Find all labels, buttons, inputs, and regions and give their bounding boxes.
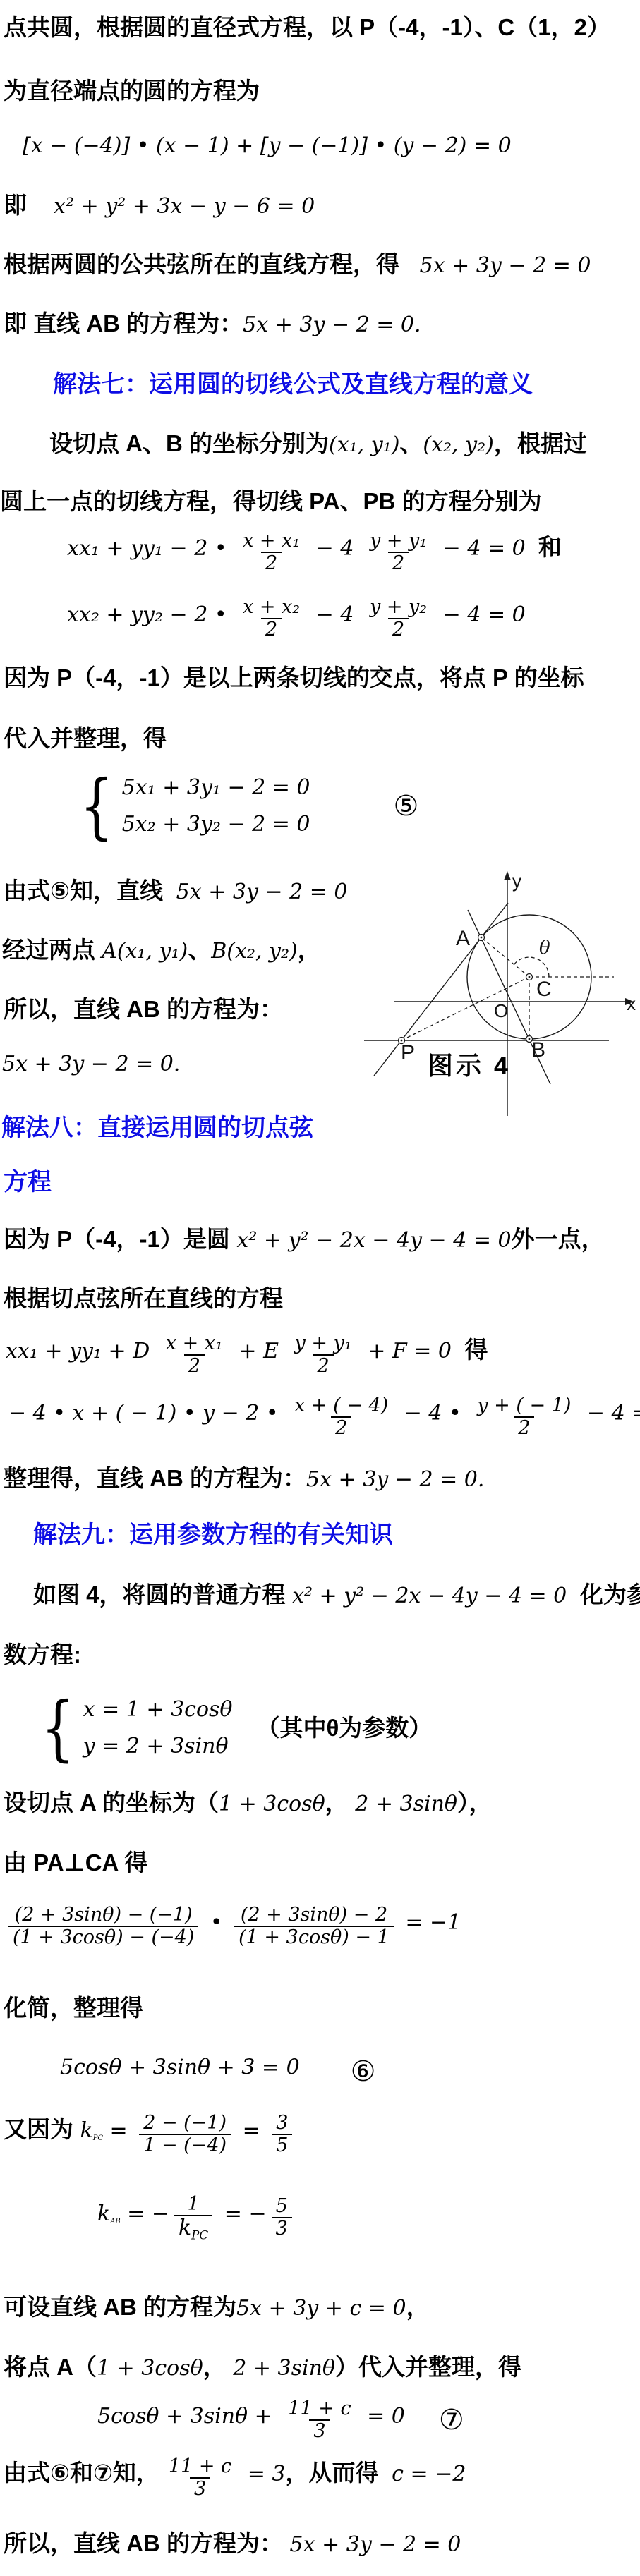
para-point-a-coords: 设切点 A 的坐标为（1 + 3cosθ， 2 + 3sinθ）， bbox=[4, 1788, 492, 1818]
formula-slope-product: (2 + 3sinθ) − (−1)(1 + 3cosθ) − (−4) • (… bbox=[4, 1904, 461, 1948]
para-solve-c: 由式⑥和⑦知，11 + c3 = 3，从而得 c = −2 bbox=[4, 2456, 466, 2500]
para-pa-perp-ca: 由 PA⊥CA 得 bbox=[4, 1848, 147, 1877]
formula-ab-result-2: 5x + 3y − 2 = 0. bbox=[2, 1051, 180, 1078]
system-row-2: y = 2 + 3sinθ bbox=[83, 1733, 233, 1760]
system-brace: { bbox=[41, 1698, 75, 1758]
para-substitute: 代入并整理，得 bbox=[4, 724, 167, 753]
para-concyclic-intro: 点共圆，根据圆的直径式方程，以 P（-4，-1）、C（1，2） bbox=[4, 13, 610, 42]
heading-method-8-cont: 方程 bbox=[4, 1167, 52, 1198]
point-markers bbox=[399, 935, 533, 1044]
para-assume-line-ab: 可设直线 AB 的方程为5x + 3y + c = 0， bbox=[4, 2292, 430, 2322]
tangent-line-pa bbox=[374, 903, 508, 1076]
formula-diameter-equation: [x − (−4)] • (x − 1) + [y − (−1)] • (y −… bbox=[23, 133, 512, 159]
para-tangent-line-intro: 圆上一点的切线方程，得切线 PA、PB 的方程分别为 bbox=[0, 487, 542, 516]
formula-tangent-pb: xx₂ + yy₂ − 2 • x + x₂2 − 4 y + y₂2 − 4 … bbox=[67, 597, 526, 640]
para-line-ab-result-3: 整理得，直线 AB 的方程为：5x + 3y − 2 = 0. bbox=[4, 1464, 484, 1493]
formula-equation-6: 5cosθ + 3sinθ + 3 = 0⑥ bbox=[60, 2054, 376, 2089]
point-p-label: P bbox=[401, 1041, 415, 1064]
para-substitute-a: 将点 A（1 + 3cosθ， 2 + 3sinθ）代入并整理，得 bbox=[4, 2352, 521, 2382]
para-through-points: 经过两点 A(x₁, y₁)、B(x₂, y₂)， bbox=[2, 935, 321, 965]
para-p-outside-circle: 因为 P（-4，-1）是圆 x² + y² − 2x − 4y − 4 = 0外… bbox=[4, 1225, 605, 1254]
point-b-label: B bbox=[531, 1038, 545, 1062]
point-marker-a bbox=[478, 935, 485, 941]
system-row-1: x = 1 + 3cosθ bbox=[83, 1696, 233, 1723]
point-marker-c bbox=[526, 974, 533, 980]
formula-equation-7: 5cosθ + 3sinθ + 11 + c3 = 0⑦ bbox=[97, 2398, 464, 2442]
heading-method-9: 解法九：运用参数方程的有关知识 bbox=[33, 1520, 393, 1550]
formula-chord-substituted: − 4 • x + ( − 1) • y − 2 • x + ( − 4)2 −… bbox=[8, 1395, 640, 1439]
x-axis-label: x bbox=[627, 993, 636, 1014]
para-common-chord: 根据两圆的公共弦所在的直线方程，得 5x + 3y − 2 = 0 bbox=[4, 250, 591, 279]
formula-circle-expanded: 即 x² + y² + 3x − y − 6 = 0 bbox=[4, 190, 315, 220]
para-line-ab-result-1: 即 直线 AB 的方程为：5x + 3y − 2 = 0. bbox=[4, 309, 421, 339]
theta-label: θ bbox=[539, 937, 550, 959]
para-parametric-cont: 数方程: bbox=[4, 1640, 81, 1669]
figure-4-diagram: y x O A C B P θ 图示 4 bbox=[344, 868, 639, 1127]
para-tangent-points-setup: 设切点 A、B 的坐标分别为(x₁, y₁)、(x₂, y₂)，根据过 bbox=[49, 429, 587, 458]
parameter-note: （其中θ为参数） bbox=[256, 1713, 432, 1742]
formula-tangent-pa: xx₁ + yy₁ − 2 • x + x₁2 − 4 y + y₁2 − 4 … bbox=[67, 530, 562, 574]
y-axis-arrow-icon bbox=[504, 871, 511, 880]
parametric-equation-system: { x = 1 + 3cosθ y = 2 + 3sinθ （其中θ为参数） bbox=[35, 1696, 432, 1759]
system-brace: { bbox=[80, 776, 114, 836]
para-diameter-endpoints: 为直径端点的圆的方程为 bbox=[4, 76, 260, 105]
segment-pc-dashed bbox=[401, 977, 529, 1040]
point-a-label: A bbox=[456, 927, 470, 950]
math-document-page: 点共圆，根据圆的直径式方程，以 P（-4，-1）、C（1，2） 为直径端点的圆的… bbox=[0, 0, 640, 2576]
para-simplify: 化简，整理得 bbox=[4, 1993, 143, 2022]
figure-caption: 图示 4 bbox=[428, 1051, 511, 1080]
formula-chord-general: xx₁ + yy₁ + D x + x₁2 + E y + y₁2 + F = … bbox=[6, 1333, 488, 1377]
para-final-result: 所以，直线 AB 的方程为： 5x + 3y − 2 = 0 bbox=[4, 2529, 461, 2558]
para-p-intersection: 因为 P（-4，-1）是以上两条切线的交点，将点 P 的坐标 bbox=[4, 663, 584, 692]
theta-angle-arc bbox=[514, 957, 549, 977]
heading-method-8: 解法八：直接运用圆的切点弦 bbox=[1, 1113, 313, 1143]
formula-slope-kpc: 又因为 kPC = 2 − (−1)1 − (−4) = 35 bbox=[4, 2113, 297, 2156]
system-rows: x = 1 + 3cosθ y = 2 + 3sinθ bbox=[83, 1696, 233, 1759]
system-row-1: 5x₁ + 3y₁ − 2 = 0 bbox=[122, 774, 310, 801]
system-row-2: 5x₂ + 3y₂ − 2 = 0 bbox=[122, 811, 310, 838]
segment-ca-dashed bbox=[481, 937, 529, 977]
system-rows: 5x₁ + 3y₁ − 2 = 0 5x₂ + 3y₂ − 2 = 0 bbox=[122, 774, 310, 837]
formula-slope-kab: kAB = −1kPC = −53 bbox=[97, 2194, 297, 2242]
heading-method-7: 解法七：运用圆的切线公式及直线方程的意义 bbox=[53, 370, 533, 400]
equation-number-5-badge: ⑤ bbox=[394, 789, 419, 824]
para-from-eq5: 由式⑤知，直线 5x + 3y − 2 = 0 bbox=[4, 876, 348, 906]
equation-system-5: { 5x₁ + 3y₁ − 2 = 0 5x₂ + 3y₂ − 2 = 0 ⑤ bbox=[74, 774, 418, 837]
para-therefore-ab: 所以，直线 AB 的方程为： bbox=[4, 995, 283, 1023]
para-chord-of-contact: 根据切点弦所在直线的方程 bbox=[4, 1284, 283, 1313]
origin-label: O bbox=[494, 1000, 508, 1021]
para-parametric-intro: 如图 4，将圆的普通方程 x² + y² − 2x − 4y − 4 = 0 化… bbox=[33, 1580, 640, 1610]
point-c-label: C bbox=[536, 978, 552, 1001]
y-axis-label: y bbox=[512, 870, 521, 892]
